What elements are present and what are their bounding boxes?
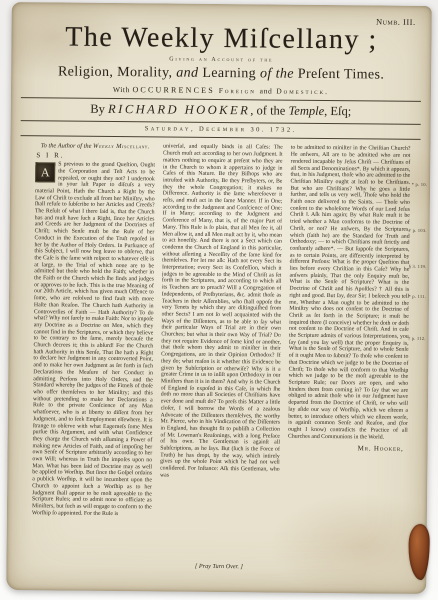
column-2: univerſal, and equally binds in all Caſe… (159, 144, 283, 571)
column-1-body: S previous to the grand Queſtion, Ought … (32, 162, 155, 517)
subtitle-part: Religion, Morality, (58, 65, 176, 81)
letter-heading: To the Author of the Weekly Miscellany. (35, 143, 155, 152)
subtitle-part: Learning (198, 66, 260, 82)
masthead-occurrences-line: With OCCURRENCES Foreign and Domestick. (11, 84, 431, 97)
drop-cap: A (35, 162, 55, 182)
occurrences-part: OCCURRENCES (132, 86, 215, 96)
byline-part: , of the (250, 104, 288, 118)
letter-heading-part: Weekly Miscellany. (93, 143, 150, 151)
subtitle-part: of the (260, 67, 294, 82)
dateline: Saturday, December 30. 1732. (11, 124, 431, 135)
page-title: The Weekly Miſcellany ; (11, 22, 431, 55)
masthead: The Weekly Miſcellany ; Giving an Accoun… (11, 2, 432, 97)
margin-note: * p. 10. (412, 182, 427, 187)
occurrences-part: and (260, 87, 273, 96)
occurrences-part: Domestick. (272, 87, 329, 97)
subtitle-part: and (176, 66, 198, 81)
letter-heading-part: To the Author of the (41, 143, 93, 151)
margin-note: * p. 111. (408, 294, 426, 299)
column-3: to be admitted to miniſter in the Chriſt… (287, 145, 411, 572)
byline: By RICHARD HOOKER, of the Temple, Eſq; (11, 101, 431, 120)
column-1-text: AS previous to the grand Queſtion, Ought… (31, 161, 155, 569)
issue-number: Numb. III. (376, 16, 416, 26)
margin-note: † p. 103. (409, 228, 427, 233)
occurrences-part: Foreign (215, 86, 260, 95)
salutation: S I R. (36, 153, 155, 161)
author-name: RICHARD HOOKER (108, 102, 250, 117)
margin-note: § 3. 119. (409, 264, 427, 269)
subtitle-part: Preſent Times. (294, 67, 385, 83)
occurrences-part: With (113, 85, 133, 94)
newspaper-page: Numb. III. The Weekly Miſcellany ; Givin… (6, 2, 432, 594)
masthead-subtitle: Religion, Morality, and Learning of the … (11, 64, 431, 84)
masthead-account-line: Giving an Account of the (11, 55, 431, 65)
byline-part: , Eſq; (324, 104, 351, 118)
byline-part: By (90, 102, 108, 116)
catchword: [ Pray Turn Over. ] (159, 563, 279, 571)
column-2-text: univerſal, and equally binds in all Caſe… (159, 144, 283, 562)
column-3-text: to be admitted to miniſter in the Chriſt… (288, 145, 410, 441)
column-1: To the Author of the Weekly Miscellany. … (31, 143, 155, 570)
byline-part: Temple (288, 104, 324, 118)
margin-note: † p. 112. (408, 336, 426, 341)
signature: Mr. Hooker, (288, 445, 408, 453)
body-columns: To the Author of the Weekly Miscellany. … (6, 136, 430, 572)
